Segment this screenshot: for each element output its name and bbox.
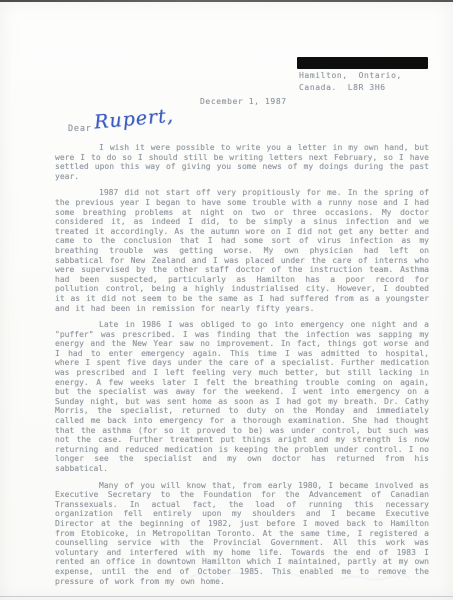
sender-country-line: Canada. L8R 3H6 — [299, 83, 386, 92]
handwritten-recipient-name: Rupert, — [93, 105, 174, 134]
sender-city-line: Hamilton, Ontario, — [299, 71, 402, 80]
salutation: Dear — [68, 124, 92, 134]
paragraph-foundation-work: Many of you will know that, from early 1… — [55, 481, 429, 587]
paragraph-opening: I wish it were possible to write you a l… — [55, 143, 429, 181]
letter-body: I wish it were possible to write you a l… — [55, 143, 429, 593]
scanned-letter-page: Hamilton, Ontario, Canada. L8R 3H6 Decem… — [0, 0, 453, 600]
paragraph-health-1987: 1987 did not start off very propitiously… — [55, 188, 429, 313]
scan-edge-top — [0, 0, 453, 2]
paragraph-hospital: Late in 1986 I was obliged to go into em… — [55, 320, 429, 474]
scan-edge-bottom — [0, 596, 453, 597]
letter-date: December 1, 1987 — [200, 97, 287, 106]
redacted-address-bar — [297, 57, 428, 69]
